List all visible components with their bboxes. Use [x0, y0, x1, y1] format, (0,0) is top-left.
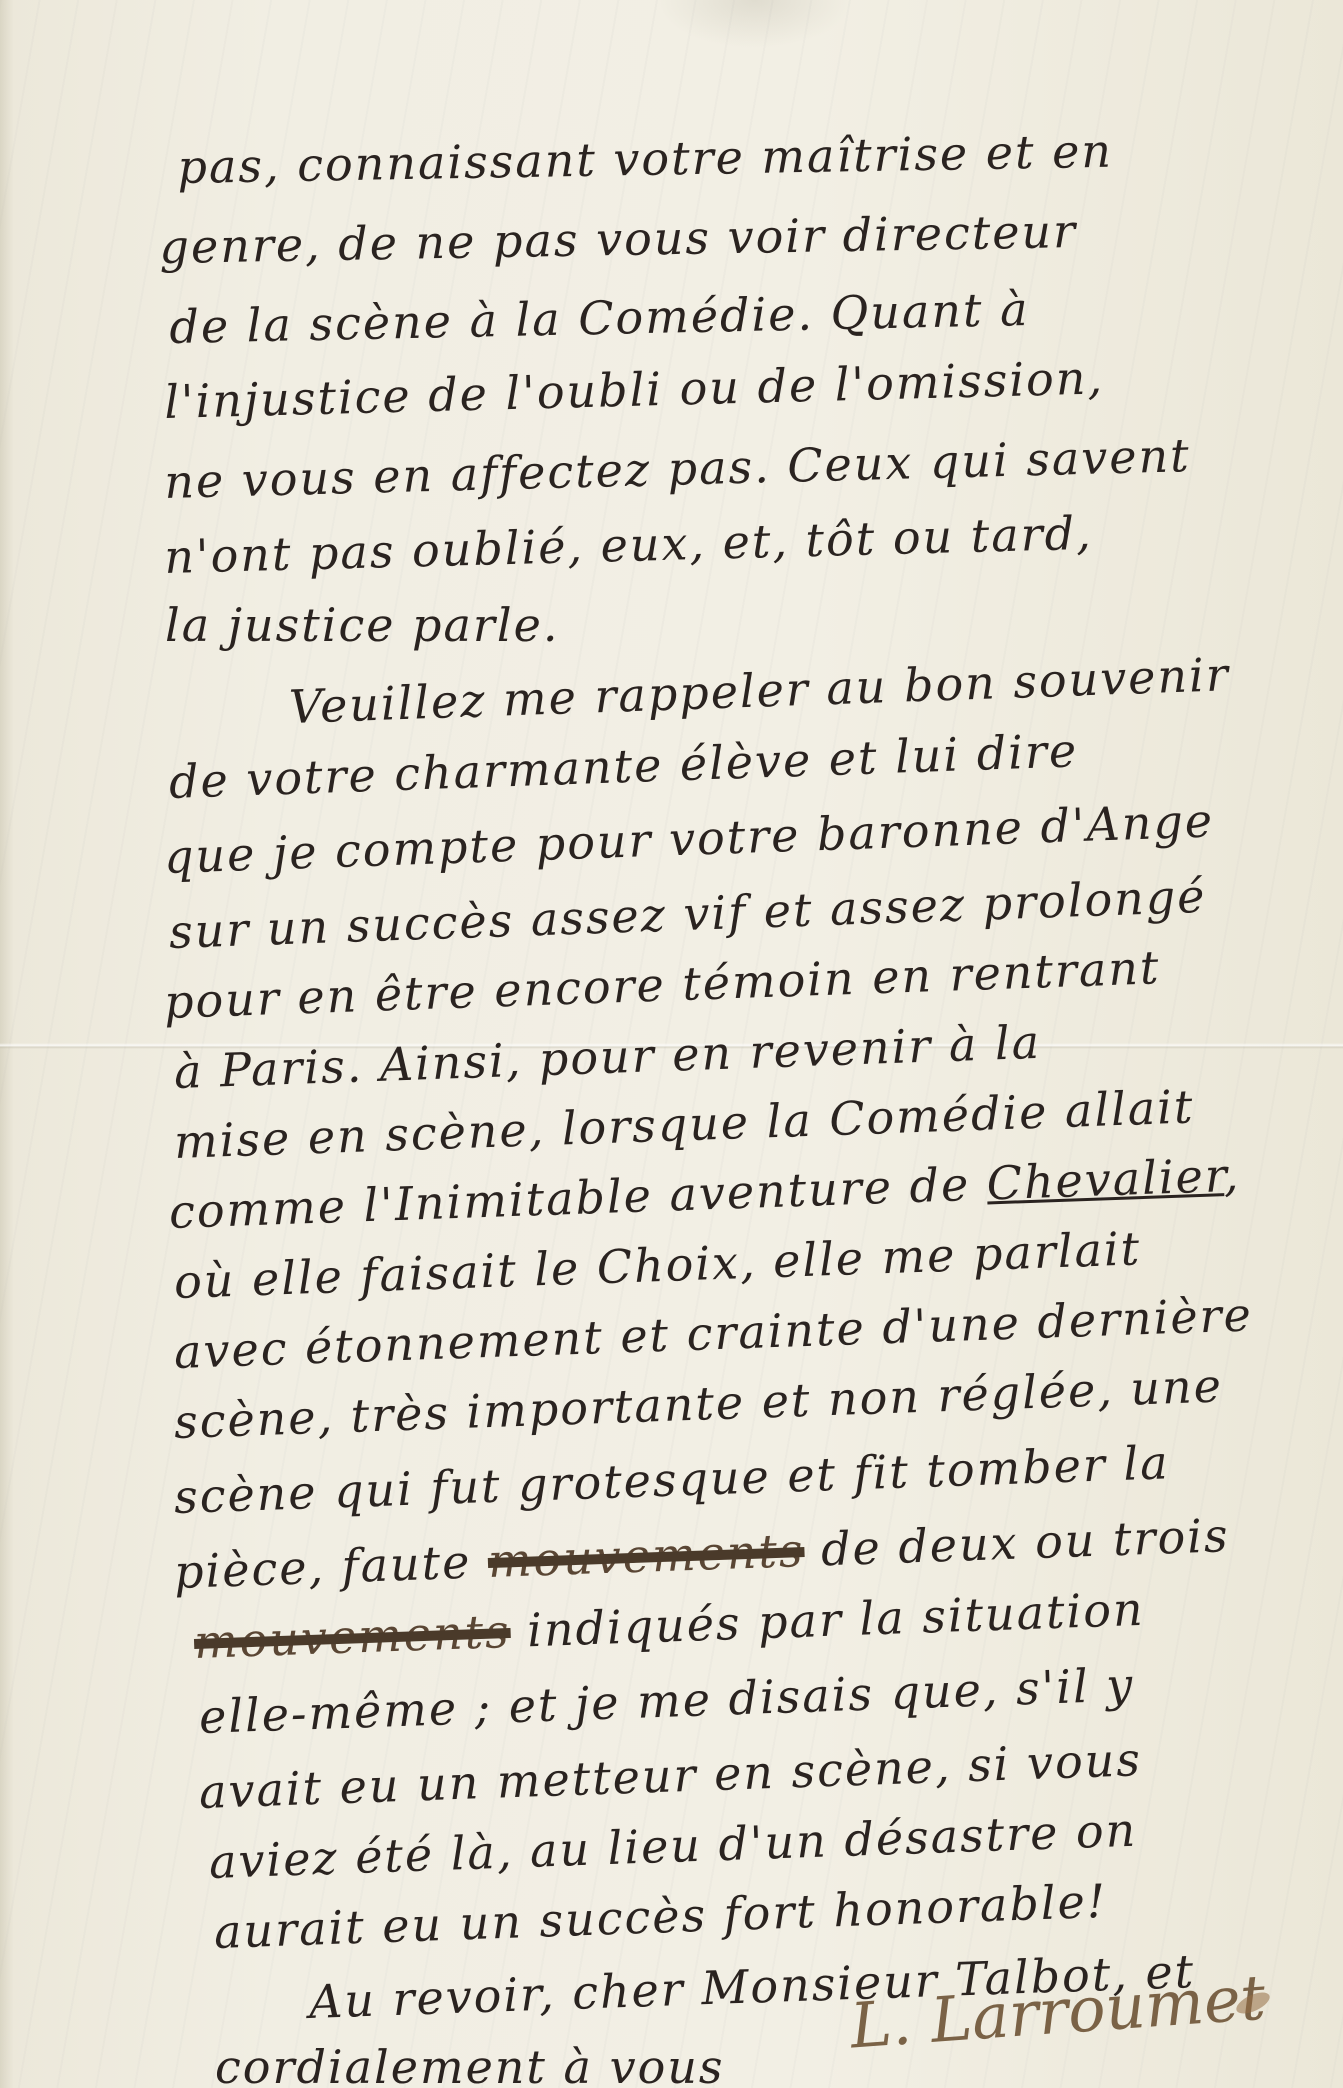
underlined-word: Chevalier [986, 1148, 1225, 1210]
letter-line-7: la justice parle. [165, 598, 559, 652]
letter-line-4: l'injustice de l'oubli ou de l'omission, [164, 350, 1105, 429]
letter-line-10: que je compte pour votre baronne d'Ange [163, 793, 1215, 884]
letter-line-22: elle-même ; et je me disais que, s'il y [198, 1657, 1135, 1744]
letter-line-8: Veuillez me rappeler au bon souvenir [288, 647, 1230, 734]
letter-line-3: de la scène à la Comédie. Quant à [169, 282, 1030, 354]
letter-line-25: aurait eu un succès fort honorable! [213, 1874, 1108, 1959]
struck-word: mouvements [487, 1523, 805, 1588]
letter-line-2: genre, de ne pas vous voir directeur [159, 204, 1077, 274]
letter-line-5: ne vous en affectez pas. Ceux qui savent [164, 428, 1192, 509]
letter-line-13: à Paris. Ainsi, pour en revenir à la [173, 1015, 1042, 1099]
letter-page: pas, connaissant votre maîtrise et en ge… [0, 0, 1343, 2088]
letter-line-1: pas, connaissant votre maîtrise et en [177, 124, 1113, 194]
letter-line-9: de votre charmante élève et lui dire [168, 723, 1079, 809]
letter-line-19: scène qui fut grotesque et fit tomber la [173, 1435, 1170, 1524]
letter-line-6: n'ont pas oublié, eux, et, tôt ou tard, [164, 506, 1094, 584]
letter-line-23: avait eu un metteur en scène, si vous [198, 1732, 1143, 1819]
letter-line-21: mouvements indiqués par la situation [193, 1582, 1145, 1669]
letter-line-24: aviez été là, au lieu d'un désastre on [208, 1803, 1138, 1889]
letter-closing-salutation: cordialement à vous [215, 2040, 725, 2088]
struck-word: mouvements [193, 1604, 511, 1669]
